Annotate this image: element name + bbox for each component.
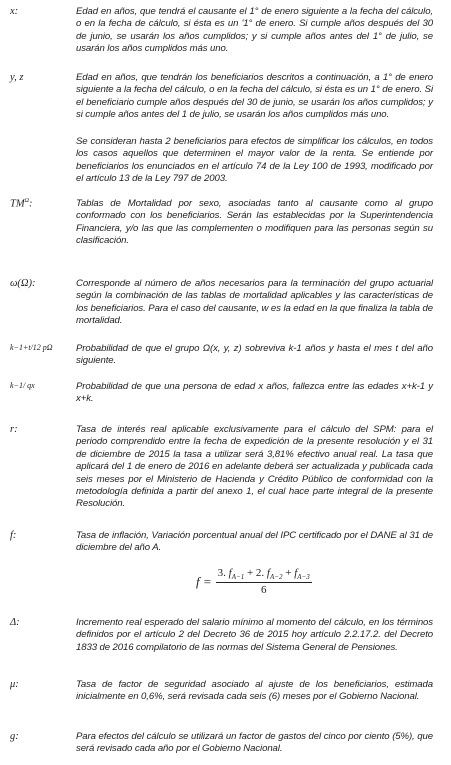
term-omega: ω(Ω): <box>10 278 36 289</box>
definition-text: Tasa de interés real aplicable exclusiva… <box>76 424 433 511</box>
term-tm: TMΩ: <box>10 198 32 210</box>
term-tm-base: TM <box>10 199 25 210</box>
document-page: x: Edad en años, que tendrá el causante … <box>0 0 451 765</box>
formula-lhs: f = <box>196 574 212 590</box>
term-g: g: <box>10 731 19 742</box>
plus-1: + <box>244 567 256 579</box>
definition-text: Tasa de inflación, Variación porcentual … <box>76 530 433 555</box>
definition-text: Edad en años, que tendrán los beneficiar… <box>76 72 433 122</box>
formula-fraction: 3. fA−1 + 2. fA−2 + fA−3 6 <box>216 567 312 596</box>
formula-numerator: 3. fA−1 + 2. fA−2 + fA−3 <box>216 567 312 583</box>
term-r: r: <box>10 424 18 435</box>
definition-text: Tablas de Mortalidad por sexo, asociadas… <box>76 198 433 248</box>
term-y-z: y, z <box>10 72 23 83</box>
definition-text-beneficiaries: Se consideran hasta 2 beneficiarios para… <box>76 136 433 186</box>
coef-2: 2. <box>256 567 264 579</box>
sub-1: A−1 <box>232 573 245 581</box>
term-delta: Δ: <box>10 617 20 628</box>
term-f: f: <box>10 530 16 541</box>
definition-text: Para efectos del cálculo se utilizará un… <box>76 731 433 756</box>
definition-text: Corresponde al número de años necesarios… <box>76 278 433 328</box>
definition-text: Probabilidad de que una persona de edad … <box>76 381 433 406</box>
definition-text: Tasa de factor de seguridad asociado al … <box>76 679 433 704</box>
sub-3: A−3 <box>297 573 310 581</box>
definition-text: Incremento real esperado del salario mín… <box>76 617 433 654</box>
plus-2: + <box>282 567 294 579</box>
coef-1: 3. <box>218 567 226 579</box>
definition-text: Probabilidad de que el grupo Ω(x, y, z) … <box>76 343 433 368</box>
term-survival-probability: k−1+t/12 pΩ <box>10 343 53 352</box>
formula-denominator: 6 <box>261 583 267 596</box>
definition-text: Edad en años, que tendrá el causante el … <box>76 6 433 56</box>
inflation-formula: f = 3. fA−1 + 2. fA−2 + fA−3 6 <box>196 567 312 596</box>
term-mu: μ: <box>10 679 19 690</box>
term-death-probability: k−1/ qx <box>10 381 35 390</box>
term-x: x: <box>10 6 18 17</box>
term-tm-suffix: : <box>29 199 33 210</box>
sub-2: A−2 <box>270 573 283 581</box>
